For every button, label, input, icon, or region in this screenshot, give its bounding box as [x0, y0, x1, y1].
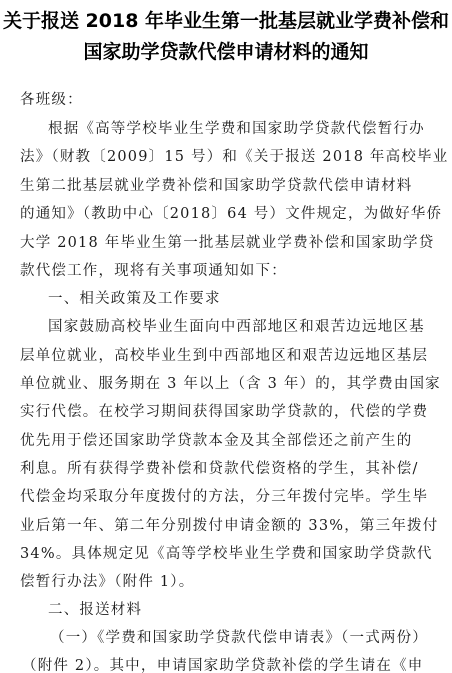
- paragraph-line: 单位就业、服务期在 3 年以上（含 3 年）的，其学费由国家: [20, 374, 441, 394]
- paragraph-line: 代偿金均采取分年度拨付的方法，分三年拨付完毕。学生毕: [20, 487, 428, 507]
- paragraph-line: 国家鼓励高校毕业生面向中西部地区和艰苦边远地区基: [48, 317, 425, 337]
- paragraph-line: 业后第一年、第二年分别拨付申请金额的 33%，第三年拨付: [20, 516, 438, 536]
- document-title-line-2: 国家助学贷款代偿申请材料的通知: [0, 37, 452, 64]
- paragraph-line: 实行代偿。在校学习期间获得国家助学贷款的，代偿的学费: [20, 402, 428, 422]
- paragraph-line: 根据《高等学校毕业生学费和国家助学贷款代偿暂行办: [48, 119, 425, 139]
- paragraph-line: 法》（财教〔2009〕15 号）和《关于报送 2018 年高校毕业: [20, 147, 448, 167]
- paragraph-line: 层单位就业，高校毕业生到中西部地区和艰苦边远地区基层: [20, 346, 428, 366]
- paragraph-line: 34%。具体规定见《高等学校毕业生学费和国家助学贷款代: [20, 544, 433, 564]
- paragraph-line: 偿暂行办法》（附件 1）。: [20, 572, 194, 592]
- paragraph-line: 的通知》（教助中心〔2018〕64 号）文件规定，为做好华侨: [20, 204, 442, 224]
- paragraph-line: 款代偿工作，现将有关事项通知如下：: [20, 261, 287, 281]
- paragraph-line: 生第二批基层就业学费补偿和国家助学贷款代偿申请材料: [20, 176, 413, 196]
- paragraph-line: 利息。所有获得学费补偿和贷款代偿资格的学生，其补偿/: [20, 459, 419, 479]
- section-heading-2: 二、报送材料: [48, 600, 142, 620]
- paragraph-line: （一）《学费和国家助学贷款代偿申请表》（一式两份）: [50, 628, 428, 648]
- paragraph-line: （附件 2）。其中，申请国家助学贷款补偿的学生请在《申: [22, 656, 423, 673]
- document-title-line-1: 关于报送 2018 年毕业生第一批基层就业学费补偿和: [0, 6, 452, 33]
- paragraph-line: 大学 2018 年毕业生第一批基层就业学费补偿和国家助学贷: [20, 233, 434, 253]
- salutation: 各班级：: [20, 90, 83, 110]
- section-heading-1: 一、相关政策及工作要求: [48, 289, 221, 309]
- paragraph-line: 优先用于偿还国家助学贷款本金及其全部偿还之前产生的: [20, 431, 413, 451]
